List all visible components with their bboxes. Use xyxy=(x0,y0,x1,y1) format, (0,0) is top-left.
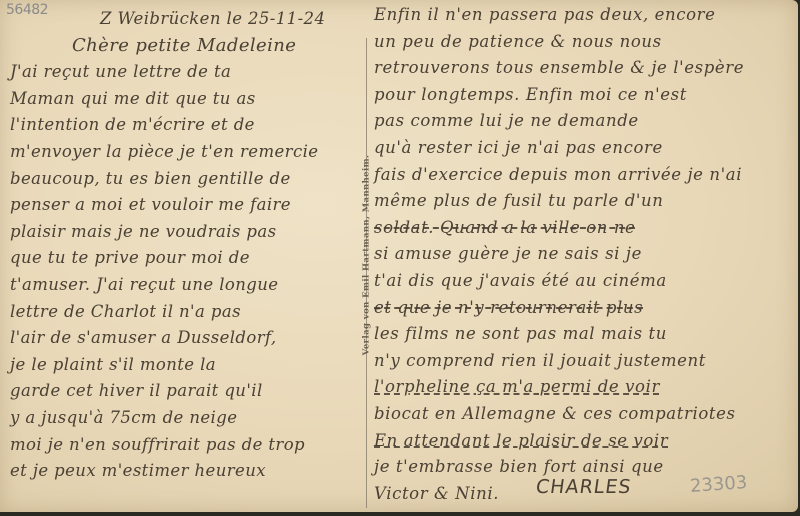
place-date: Z Weibrücken le 25-11-24 xyxy=(10,6,360,33)
left-column-text: Z Weibrücken le 25-11-24 Chère petite Ma… xyxy=(10,6,360,485)
letter-line: t'amuser. J'ai reçut une longue xyxy=(10,272,360,299)
publisher-imprint: Verlag von Emil Hartmann, Mannheim. xyxy=(358,120,374,390)
underlined-letter-line: En attendant le plaisir de se voir xyxy=(374,428,794,455)
struck-letter-line: soldat. Quand a la ville on ne xyxy=(374,215,794,242)
letter-line: moi je n'en souffrirait pas de trop xyxy=(10,432,360,459)
letter-line: plaisir mais je ne voudrais pas xyxy=(10,219,360,246)
letter-line: garde cet hiver il parait qu'il xyxy=(10,378,360,405)
letter-line: et je peux m'estimer heureux xyxy=(10,458,360,485)
letter-line: Maman qui me dit que tu as xyxy=(10,86,360,113)
letter-line: pas comme lui je ne demande xyxy=(374,108,794,135)
letter-line: je le plaint s'il monte la xyxy=(10,352,360,379)
letter-line: penser a moi et vouloir me faire xyxy=(10,192,360,219)
letter-line: m'envoyer la pièce je t'en remercie xyxy=(10,139,360,166)
letter-line: pour longtemps. Enfin moi ce n'est xyxy=(374,82,794,109)
letter-line: l'air de s'amuser a Dusseldorf, xyxy=(10,325,360,352)
letter-line: les films ne sont pas mal mais tu xyxy=(374,321,794,348)
postcard: 56482 Z Weibrücken le 25-11-24 Chère pet… xyxy=(0,0,798,512)
letter-line: qu'à rester ici je n'ai pas encore xyxy=(374,135,794,162)
struck-letter-line: et que je n'y retournerait plus xyxy=(374,295,794,322)
underlined-letter-line: l'orpheline ça m'a permi de voir xyxy=(374,374,794,401)
salutation: Chère petite Madeleine xyxy=(10,33,360,60)
letter-line: l'intention de m'écrire et de xyxy=(10,112,360,139)
letter-line: même plus de fusil tu parle d'un xyxy=(374,188,794,215)
right-column-text: Enfin il n'en passera pas deux, encore u… xyxy=(374,2,794,507)
letter-line: y a jusqu'à 75cm de neige xyxy=(10,405,360,432)
publisher-text: Verlag von Emil Hartmann, Mannheim. xyxy=(361,155,371,356)
letter-line: que tu te prive pour moi de xyxy=(10,245,360,272)
letter-line: un peu de patience & nous nous xyxy=(374,29,794,56)
letter-line: si amuse guère je ne sais si je xyxy=(374,241,794,268)
letter-line: beaucoup, tu es bien gentille de xyxy=(10,166,360,193)
letter-line: fais d'exercice depuis mon arrivée je n'… xyxy=(374,162,794,189)
letter-line: J'ai reçut une lettre de ta xyxy=(10,59,360,86)
letter-line: n'y comprend rien il jouait justement xyxy=(374,348,794,375)
catalog-number: 23303 xyxy=(689,472,748,497)
letter-line: t'ai dis que j'avais été au cinéma xyxy=(374,268,794,295)
signature: CHARLES xyxy=(534,476,632,498)
letter-line: retrouverons tous ensemble & je l'espère xyxy=(374,55,794,82)
letter-line: lettre de Charlot il n'a pas xyxy=(10,299,360,326)
letter-line: biocat en Allemagne & ces compatriotes xyxy=(374,401,794,428)
letter-line: Enfin il n'en passera pas deux, encore xyxy=(374,2,794,29)
